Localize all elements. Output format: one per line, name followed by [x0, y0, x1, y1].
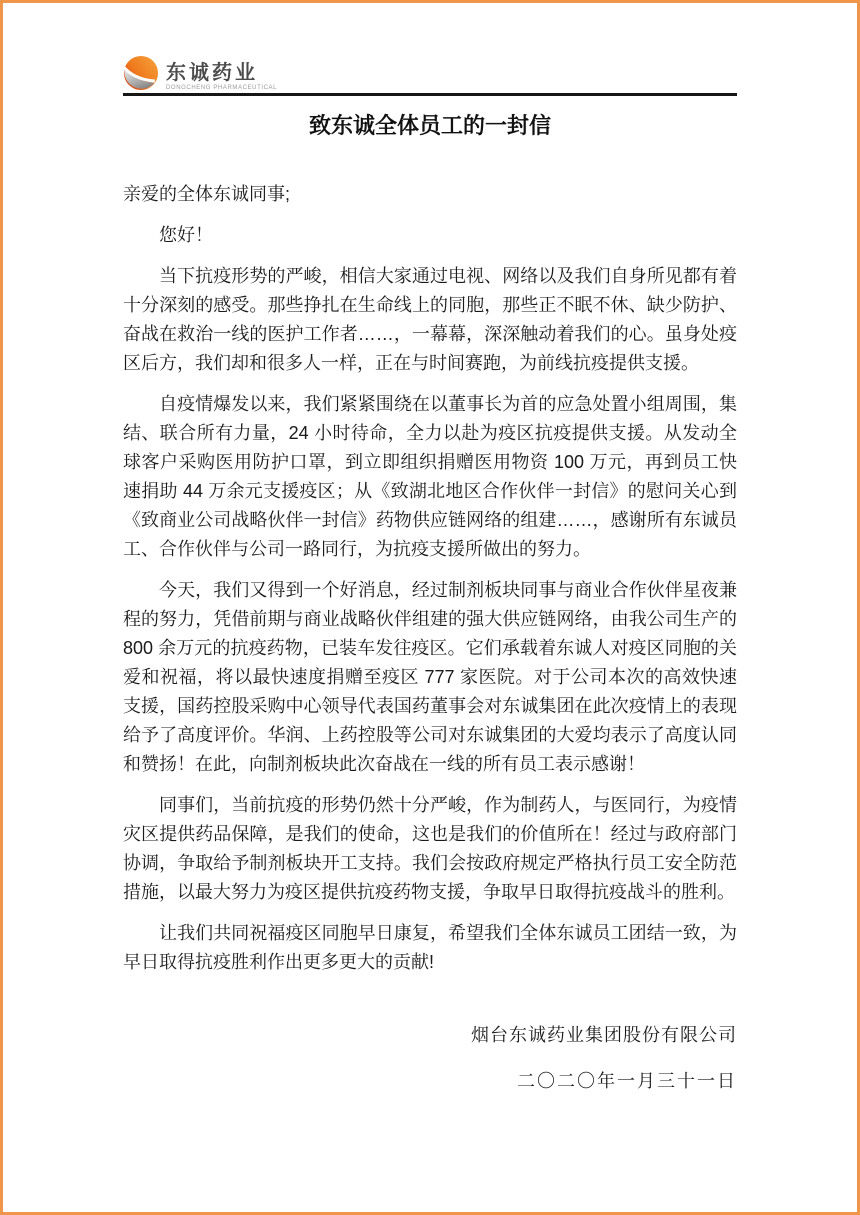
greeting: 您好！ — [123, 221, 737, 250]
logo-name-cn: 东诚药业 — [166, 63, 277, 83]
signature-date: 二〇二〇年一月三十一日 — [123, 1067, 737, 1096]
paragraph-3: 今天，我们又得到一个好消息，经过制剂板块同事与商业合作伙伴星夜兼程的努力，凭借前… — [123, 576, 737, 779]
logo-name-en: DONGCHENG PHARMACEUTICAL — [166, 85, 277, 91]
signature-company: 烟台东诚药业集团股份有限公司 — [123, 1021, 737, 1050]
paragraph-5: 让我们共同祝福疫区同胞早日康复，希望我们全体东诚员工团结一致，为早日取得抗疫胜利… — [123, 919, 737, 977]
letter-page: 东诚药业 DONGCHENG PHARMACEUTICAL 致东诚全体员工的一封… — [0, 0, 860, 1215]
signature-block: 烟台东诚药业集团股份有限公司 二〇二〇年一月三十一日 — [123, 1021, 737, 1096]
logo-text: 东诚药业 DONGCHENG PHARMACEUTICAL — [166, 63, 277, 91]
header-divider — [123, 93, 737, 96]
paragraph-1: 当下抗疫形势的严峻，相信大家通过电视、网络以及我们自身所见都有着十分深刻的感受。… — [123, 262, 737, 378]
paragraph-4: 同事们，当前抗疫的形势仍然十分严峻，作为制药人，与医同行，为疫情灾区提供药品保障… — [123, 791, 737, 907]
letter-body: 亲爱的全体东诚同事; 您好！ 当下抗疫形势的严峻，相信大家通过电视、网络以及我们… — [123, 180, 737, 1096]
salutation: 亲爱的全体东诚同事; — [123, 180, 737, 209]
letter-title: 致东诚全体员工的一封信 — [123, 113, 737, 139]
paragraph-2: 自疫情爆发以来，我们紧紧围绕在以董事长为首的应急处置小组周围，集结、联合所有力量… — [123, 390, 737, 564]
company-logo: 东诚药业 DONGCHENG PHARMACEUTICAL — [123, 55, 737, 93]
logo-sphere-icon — [123, 55, 159, 91]
